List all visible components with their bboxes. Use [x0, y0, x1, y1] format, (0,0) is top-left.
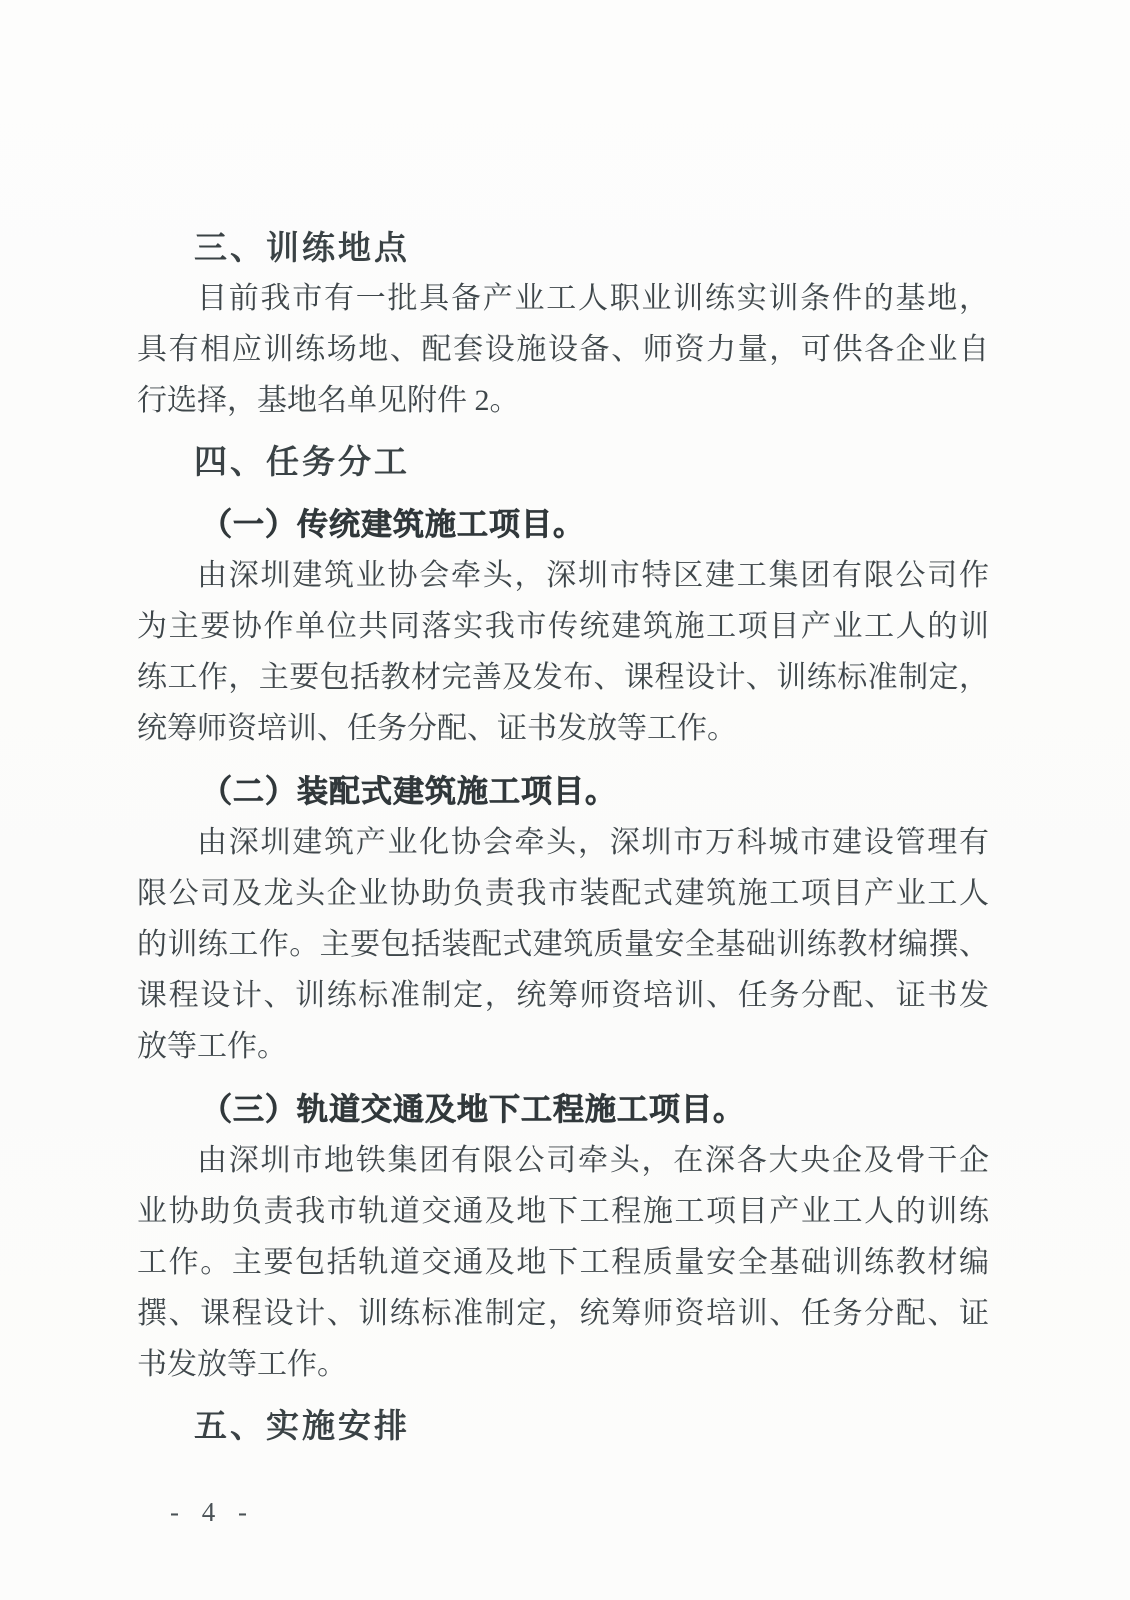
subsection-heading-1: （一）传统建筑施工项目。 [137, 499, 989, 550]
subsection-heading-3: （三）轨道交通及地下工程施工项目。 [137, 1084, 989, 1135]
paragraph-line: 由深圳建筑产业化协会牵头，深圳市万科城市建设管理有 [137, 817, 989, 868]
section-heading-3: 三、训练地点 [137, 222, 989, 273]
paragraph-line: 目前我市有一批具备产业工人职业训练实训条件的基地， [137, 273, 989, 324]
document-body: 三、训练地点目前我市有一批具备产业工人职业训练实训条件的基地，具有相应训练场地、… [137, 212, 989, 1451]
document-page: 三、训练地点目前我市有一批具备产业工人职业训练实训条件的基地，具有相应训练场地、… [0, 0, 1130, 1600]
paragraph-line: 由深圳市地铁集团有限公司牵头，在深各大央企及骨干企 [137, 1135, 989, 1186]
paragraph-line: 为主要协作单位共同落实我市传统建筑施工项目产业工人的训 [137, 601, 989, 652]
paragraph-line: 放等工作。 [137, 1021, 989, 1072]
paragraph-line: 的训练工作。主要包括装配式建筑质量安全基础训练教材编撰、 [137, 919, 989, 970]
paragraph-line: 业协助负责我市轨道交通及地下工程施工项目产业工人的训练 [137, 1186, 989, 1237]
subsection-heading-2: （二）装配式建筑施工项目。 [137, 766, 989, 817]
paragraph-line: 统筹师资培训、任务分配、证书发放等工作。 [137, 703, 989, 754]
paragraph-line: 限公司及龙头企业协助负责我市装配式建筑施工项目产业工人 [137, 868, 989, 919]
section-heading-4: 四、任务分工 [137, 436, 989, 487]
paragraph-line: 书发放等工作。 [137, 1339, 989, 1390]
paragraph-line: 撰、课程设计、训练标准制定，统筹师资培训、任务分配、证 [137, 1288, 989, 1339]
paragraph-line: 工作。主要包括轨道交通及地下工程质量安全基础训练教材编 [137, 1237, 989, 1288]
paragraph-line: 练工作，主要包括教材完善及发布、课程设计、训练标准制定， [137, 652, 989, 703]
section-heading-5: 五、实施安排 [137, 1400, 989, 1451]
paragraph-line: 课程设计、训练标准制定，统筹师资培训、任务分配、证书发 [137, 970, 989, 1021]
page-number: - 4 - [170, 1492, 248, 1532]
paragraph-line: 行选择，基地名单见附件 2。 [137, 375, 989, 426]
paragraph-line: 由深圳建筑业协会牵头，深圳市特区建工集团有限公司作 [137, 550, 989, 601]
paragraph-line: 具有相应训练场地、配套设施设备、师资力量，可供各企业自 [137, 324, 989, 375]
